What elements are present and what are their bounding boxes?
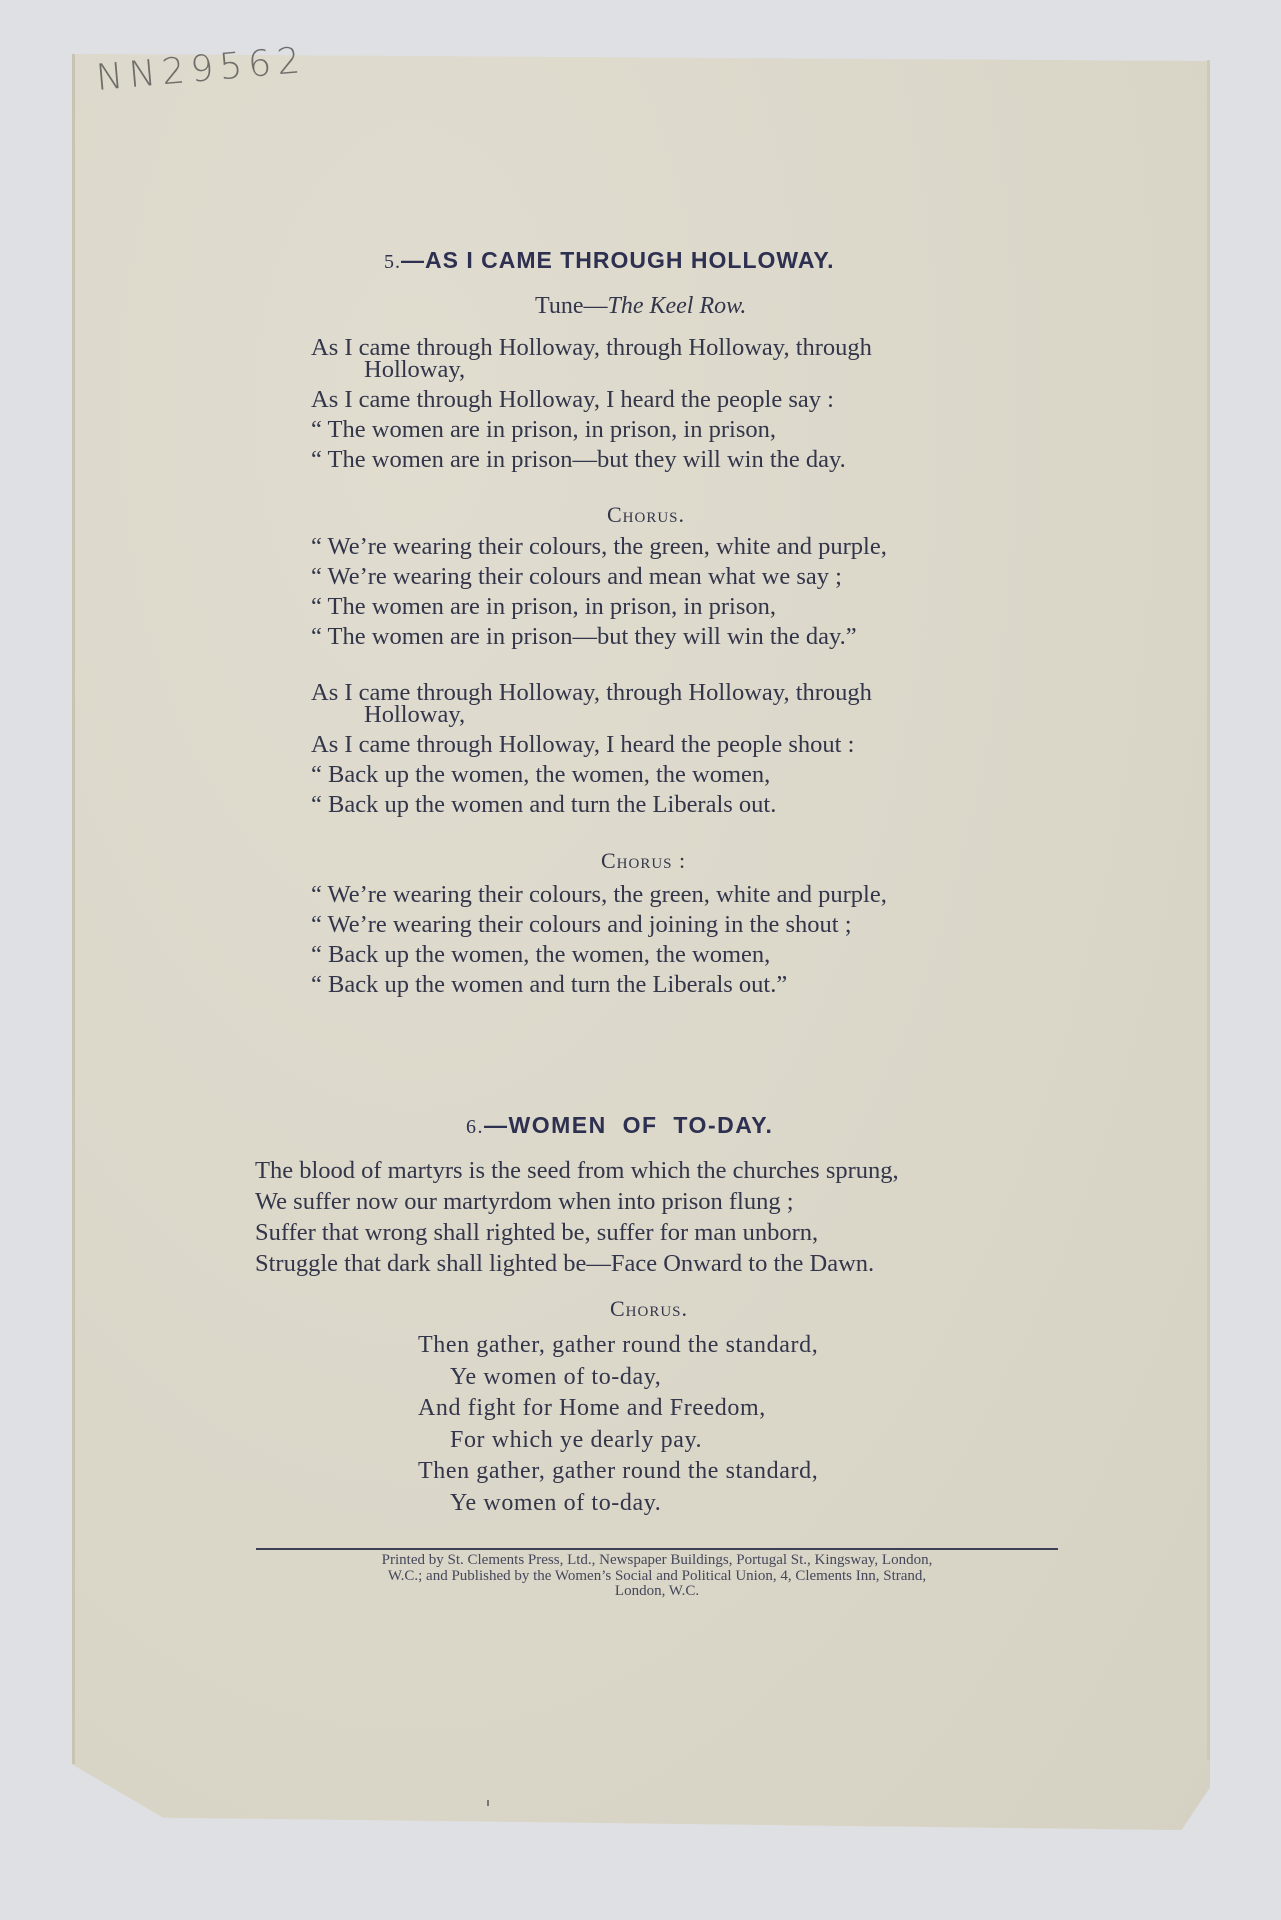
verse-line: “ The women are in prison, in prison, in… — [311, 415, 872, 445]
verse-line: Ye women of to-day, — [418, 1362, 818, 1394]
imprint-line-3: London, W.C. — [256, 1584, 1058, 1600]
verse-line: Ye women of to-day. — [418, 1488, 818, 1520]
verse-line: “ The women are in prison—but they will … — [311, 622, 887, 652]
verse-line: For which ye dearly pay. — [418, 1425, 818, 1457]
verse-line: “ We’re wearing their colours, the green… — [311, 532, 887, 562]
verse-line: As I came through Holloway, I heard the … — [311, 385, 872, 415]
song-5-chorus-label-1: Chorus. — [607, 502, 685, 528]
verse-line: Then gather, gather round the standard, — [418, 1456, 818, 1488]
paper-edge-left — [72, 54, 75, 1764]
verse-line: “ Back up the women, the women, the wome… — [311, 940, 887, 970]
paper-mark — [487, 1800, 489, 1806]
verse-line: We suffer now our martyrdom when into pr… — [255, 1186, 899, 1217]
song-6-chorus-label: Chorus. — [610, 1296, 688, 1322]
verse-line: “ We’re wearing their colours and mean w… — [311, 562, 887, 592]
song-6-verse-1: The blood of martyrs is the seed from wh… — [255, 1155, 899, 1279]
song-5-number: 5. — [384, 251, 401, 273]
verse-line: “ The women are in prison, in prison, in… — [311, 592, 887, 622]
song-5-chorus-2: “ We’re wearing their colours, the green… — [311, 880, 887, 1000]
verse-line: And fight for Home and Freedom, — [418, 1393, 818, 1425]
verse-line: “ We’re wearing their colours and joinin… — [311, 910, 887, 940]
song-5-tune: Tune—The Keel Row. — [535, 293, 746, 320]
verse-line: “ Back up the women and turn the Liberal… — [311, 790, 872, 820]
verse-line: “ We’re wearing their colours, the green… — [311, 880, 887, 910]
song-6-title-text: —WOMEN OF TO-DAY. — [484, 1112, 773, 1138]
verse-line: Then gather, gather round the standard, — [418, 1330, 818, 1362]
tune-prefix: Tune— — [535, 293, 607, 319]
song-5-title: 5.—AS I CAME THROUGH HOLLOWAY. — [384, 247, 835, 274]
imprint-line-2: W.C.; and Published by the Women’s Socia… — [256, 1569, 1058, 1585]
song-6-number: 6. — [466, 1116, 484, 1138]
song-6-chorus: Then gather, gather round the standard, … — [418, 1330, 818, 1519]
song-5-verse-2: As I came through Holloway, through Holl… — [311, 678, 872, 820]
verse-line: “ Back up the women, the women, the wome… — [311, 760, 872, 790]
song-5-chorus-1: “ We’re wearing their colours, the green… — [311, 532, 887, 652]
tune-name: The Keel Row. — [607, 293, 746, 319]
song-5-title-text: —AS I CAME THROUGH HOLLOWAY. — [401, 247, 835, 273]
verse-line: “ Back up the women and turn the Liberal… — [311, 970, 887, 1000]
verse-line: Struggle that dark shall lighted be—Face… — [255, 1248, 899, 1279]
song-6-title: 6.—WOMEN OF TO-DAY. — [466, 1112, 773, 1139]
song-5-verse-1: As I came through Holloway, through Holl… — [311, 333, 872, 475]
imprint-divider — [256, 1548, 1058, 1550]
verse-line: “ The women are in prison—but they will … — [311, 445, 872, 475]
song-5-chorus-label-2: Chorus : — [601, 848, 686, 874]
paper-edge-right — [1207, 60, 1210, 1760]
verse-line: Suffer that wrong shall righted be, suff… — [255, 1217, 899, 1248]
printer-imprint: Printed by St. Clements Press, Ltd., New… — [256, 1553, 1058, 1600]
verse-line: The blood of martyrs is the seed from wh… — [255, 1155, 899, 1186]
verse-line: As I came through Holloway, I heard the … — [311, 730, 872, 760]
imprint-line-1: Printed by St. Clements Press, Ltd., New… — [256, 1553, 1058, 1569]
